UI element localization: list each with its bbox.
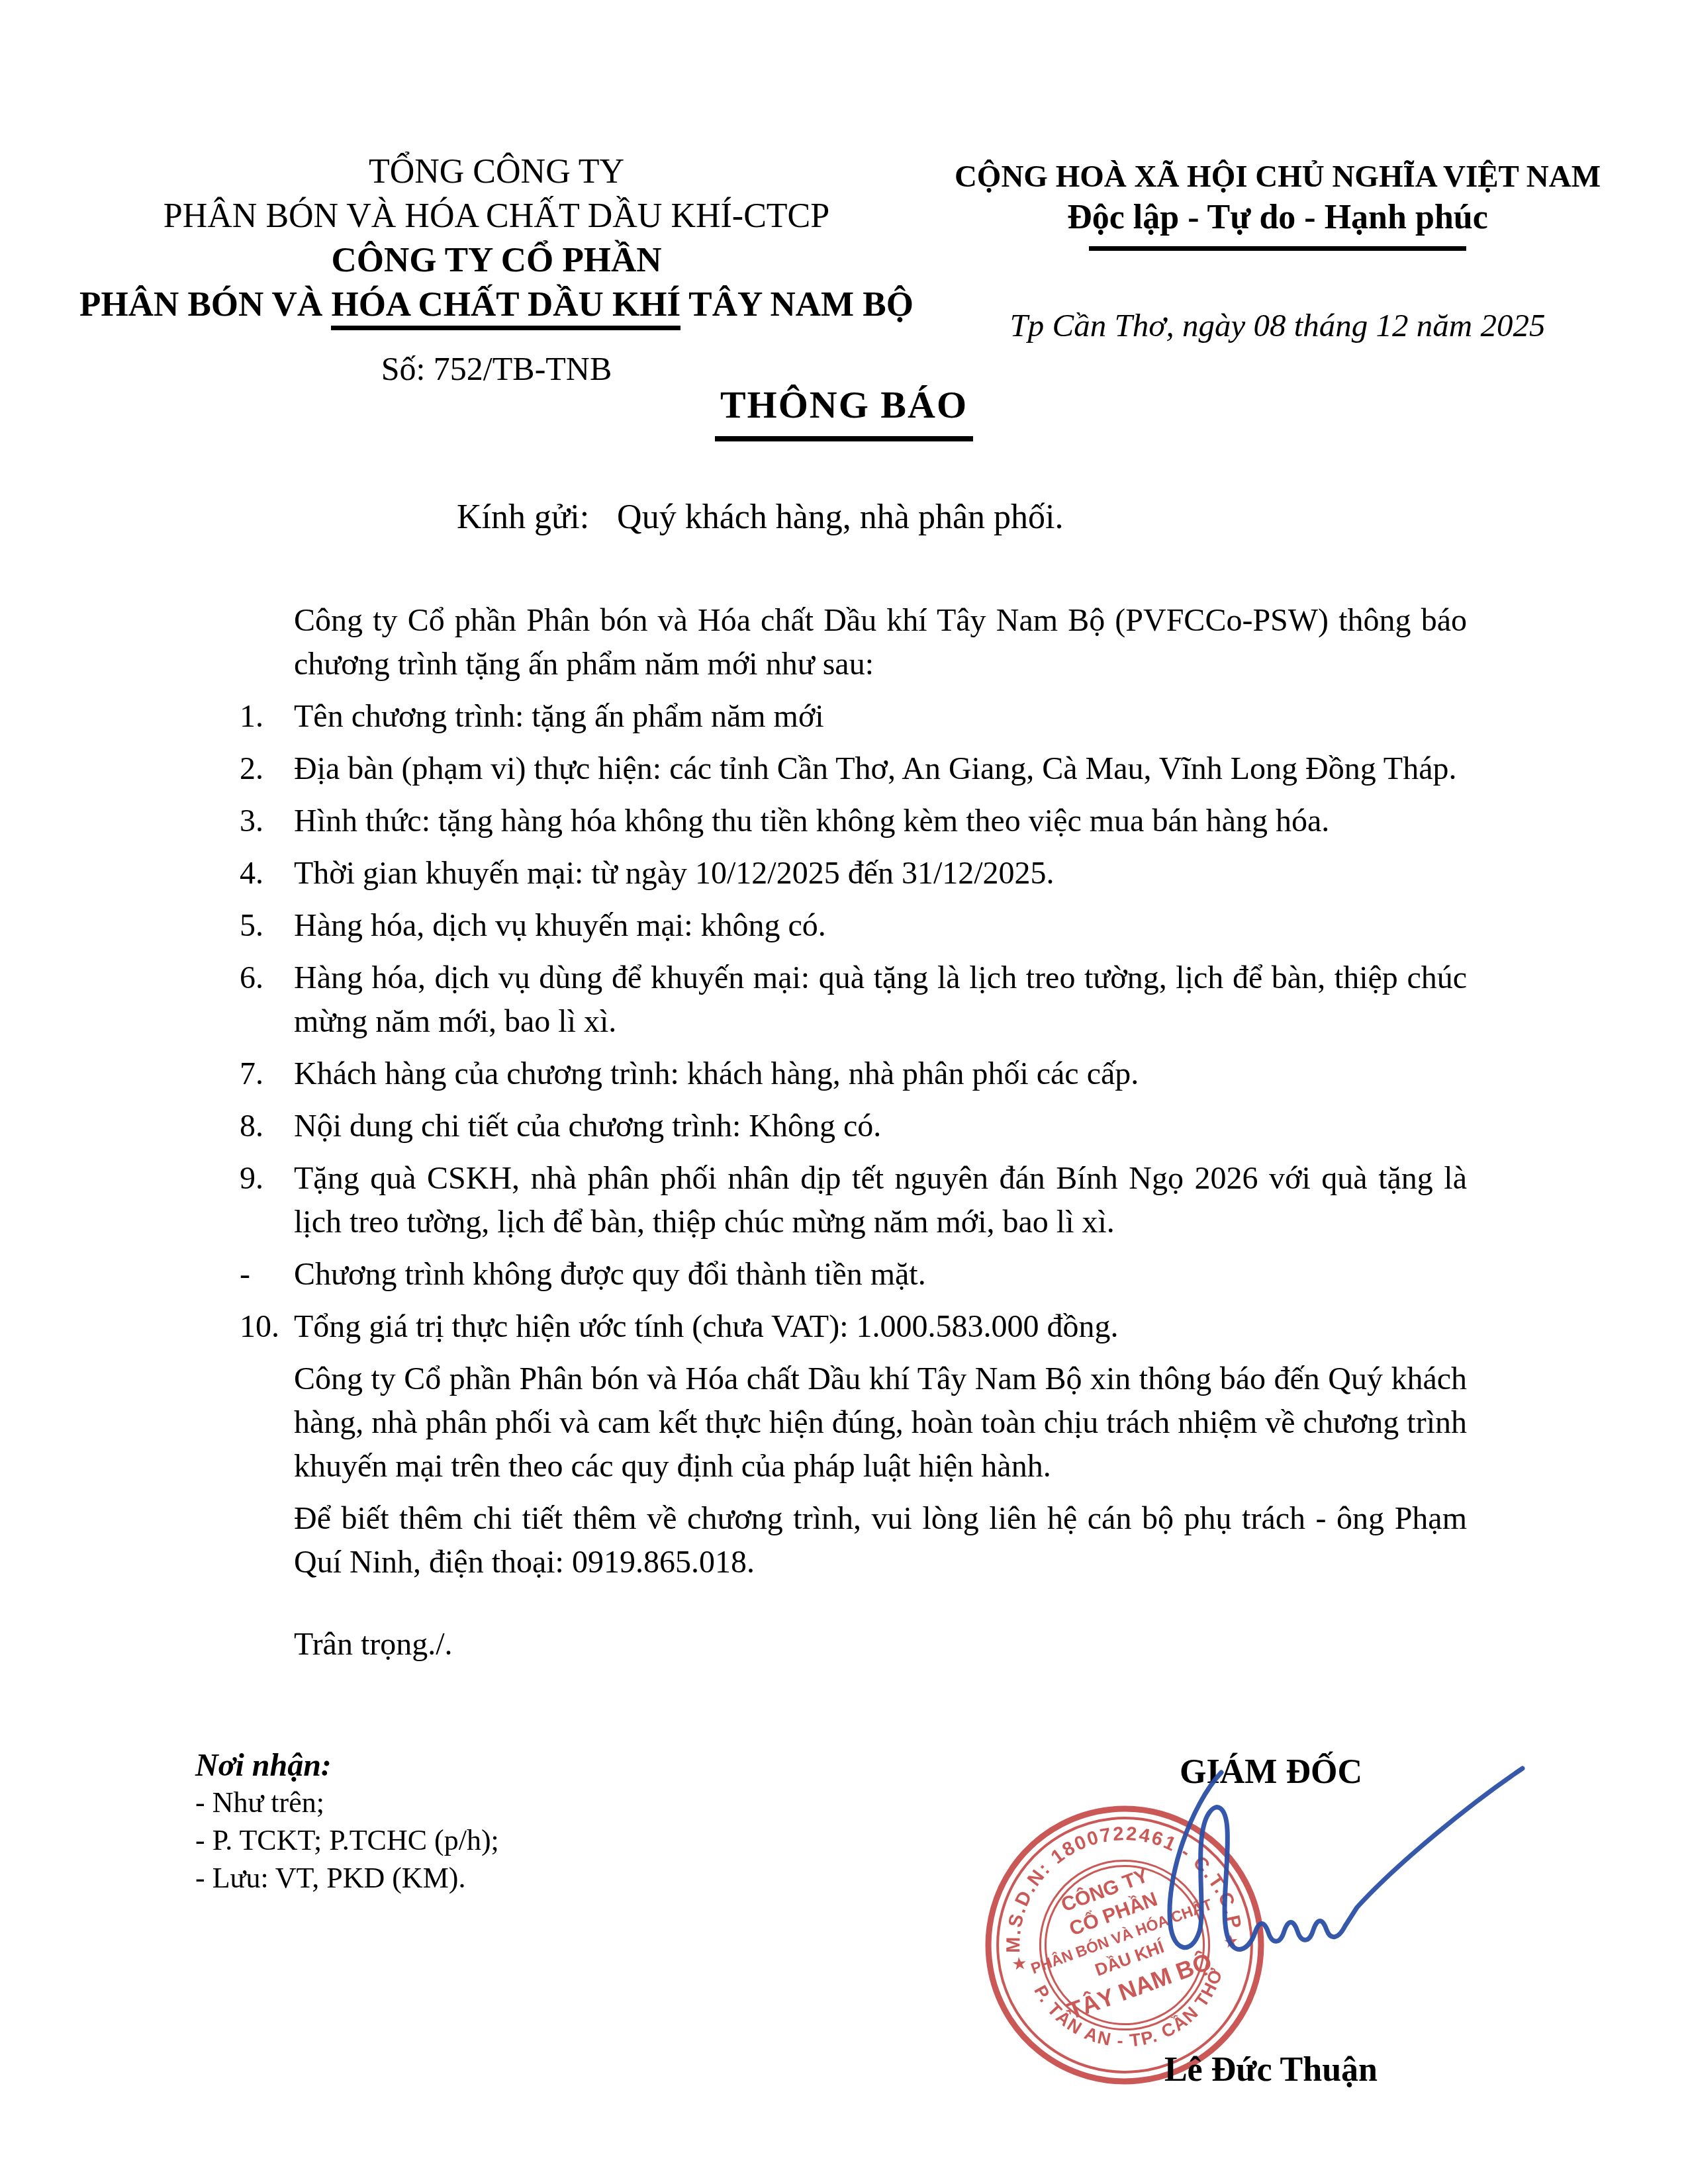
recipient-line: - Lưu: VT, PKD (KM). xyxy=(195,1859,499,1897)
title-divider xyxy=(715,436,973,441)
signature-stroke xyxy=(1170,1768,1523,1949)
intro-paragraph: Công ty Cổ phần Phân bón và Hóa chất Dầu… xyxy=(294,599,1467,686)
list-item-number: 4. xyxy=(240,852,294,895)
list-item-number: 6. xyxy=(240,956,294,1000)
place-date-line: Tp Cần Thơ, ngày 08 tháng 12 năm 2025 xyxy=(920,306,1635,344)
list-item: 2.Địa bàn (phạm vi) thực hiện: các tỉnh … xyxy=(294,747,1467,791)
org-company-line-1: CÔNG TY CỔ PHẦN xyxy=(40,238,953,283)
title-block: THÔNG BÁO xyxy=(0,383,1688,441)
org-parent-line-1: TỔNG CÔNG TY xyxy=(40,150,953,194)
recipients-label: Nơi nhận: xyxy=(195,1747,499,1784)
org-company-line-2: PHÂN BÓN VÀ HÓA CHẤT DẦU KHÍ TÂY NAM BỘ xyxy=(40,283,953,327)
list-item-text: Thời gian khuyến mại: từ ngày 10/12/2025… xyxy=(294,856,1055,891)
org-company-name-underlined: HÓA CHẤT DẦU KHÍ xyxy=(331,285,680,330)
list-item-text: Nội dung chi tiết của chương trình: Khôn… xyxy=(294,1109,881,1144)
list-item-number: 8. xyxy=(240,1105,294,1148)
salutation-value: Quý khách hàng, nhà phân phối. xyxy=(617,498,1063,536)
list-item: 6.Hàng hóa, dịch vụ dùng để khuyến mại: … xyxy=(294,956,1467,1044)
list-item-number: 2. xyxy=(240,747,294,791)
list-item-text: Hình thức: tặng hàng hóa không thu tiền … xyxy=(294,803,1329,839)
closing-paragraph-2: Để biết thêm chi tiết thêm về chương trì… xyxy=(294,1497,1467,1584)
org-parent-line-2: PHÂN BÓN VÀ HÓA CHẤT DẦU KHÍ-CTCP xyxy=(40,194,953,238)
list-item-marker: - xyxy=(240,1253,294,1297)
list-item: 8.Nội dung chi tiết của chương trình: Kh… xyxy=(294,1105,1467,1148)
list-item-text: Tên chương trình: tặng ấn phẩm năm mới xyxy=(294,699,824,734)
org-company-name-post: TÂY NAM BỘ xyxy=(680,285,914,324)
list-item: 7.Khách hàng của chương trình: khách hàn… xyxy=(294,1052,1467,1096)
salutation-label: Kính gửi: xyxy=(457,498,589,536)
list-item-number: 1. xyxy=(240,695,294,739)
org-company-name-pre: PHÂN BÓN VÀ xyxy=(79,285,331,324)
recipient-line: - P. TCKT; P.TCHC (p/h); xyxy=(195,1821,499,1859)
list-item-number: 3. xyxy=(240,799,294,843)
org-header-block: TỔNG CÔNG TY PHÂN BÓN VÀ HÓA CHẤT DẦU KH… xyxy=(40,150,953,391)
closing-paragraph-1: Công ty Cổ phần Phân bón và Hóa chất Dầu… xyxy=(294,1357,1467,1488)
list-item-note: -Chương trình không được quy đổi thành t… xyxy=(294,1253,1467,1297)
list-item-text: Tặng quà CSKH, nhà phân phối nhân dịp tế… xyxy=(294,1161,1467,1240)
recipients-block: Nơi nhận: - Như trên; - P. TCKT; P.TCHC … xyxy=(195,1747,499,1897)
list-item-number: 10. xyxy=(240,1305,294,1349)
motto-divider xyxy=(1089,246,1466,251)
list-item: 10.Tổng giá trị thực hiện ước tính (chưa… xyxy=(294,1305,1467,1349)
list-item-text: Hàng hóa, dịch vụ khuyến mại: không có. xyxy=(294,908,826,943)
document-page: TỔNG CÔNG TY PHÂN BÓN VÀ HÓA CHẤT DẦU KH… xyxy=(0,0,1688,2184)
list-item-text: Địa bàn (phạm vi) thực hiện: các tỉnh Cầ… xyxy=(294,751,1456,786)
signer-name: Lê Đức Thuận xyxy=(1086,2050,1456,2089)
list-item-text: Hàng hóa, dịch vụ dùng để khuyến mại: qu… xyxy=(294,960,1467,1039)
stamp-star-left-icon: ★ xyxy=(1011,1953,1028,1974)
list-item: 3.Hình thức: tặng hàng hóa không thu tiề… xyxy=(294,799,1467,843)
list-item-number: 9. xyxy=(240,1157,294,1201)
national-motto-line-1: CỘNG HOÀ XÃ HỘI CHỦ NGHĨA VIỆT NAM xyxy=(920,158,1635,196)
list-item-number: 7. xyxy=(240,1052,294,1096)
recipient-line: - Như trên; xyxy=(195,1784,499,1821)
list-item: 9.Tặng quà CSKH, nhà phân phối nhân dịp … xyxy=(294,1157,1467,1244)
national-header-block: CỘNG HOÀ XÃ HỘI CHỦ NGHĨA VIỆT NAM Độc l… xyxy=(920,158,1635,344)
list-item: 4.Thời gian khuyến mại: từ ngày 10/12/20… xyxy=(294,852,1467,895)
page-title: THÔNG BÁO xyxy=(0,383,1688,427)
regards-line: Trân trọng./. xyxy=(294,1623,1467,1666)
salutation-line: Kính gửi:Quý khách hàng, nhà phân phối. xyxy=(457,498,1063,537)
list-item-text: Tổng giá trị thực hiện ước tính (chưa VA… xyxy=(294,1309,1119,1344)
list-item-text: Khách hàng của chương trình: khách hàng,… xyxy=(294,1056,1139,1091)
list-item-number: 5. xyxy=(240,904,294,948)
signature xyxy=(1086,1758,1562,1976)
document-body: Công ty Cổ phần Phân bón và Hóa chất Dầu… xyxy=(294,599,1467,1666)
list-item: 1.Tên chương trình: tặng ấn phẩm năm mới xyxy=(294,695,1467,739)
national-motto-line-2: Độc lập - Tự do - Hạnh phúc xyxy=(920,196,1635,240)
list-item-text: Chương trình không được quy đổi thành ti… xyxy=(294,1257,926,1292)
list-item: 5.Hàng hóa, dịch vụ khuyến mại: không có… xyxy=(294,904,1467,948)
